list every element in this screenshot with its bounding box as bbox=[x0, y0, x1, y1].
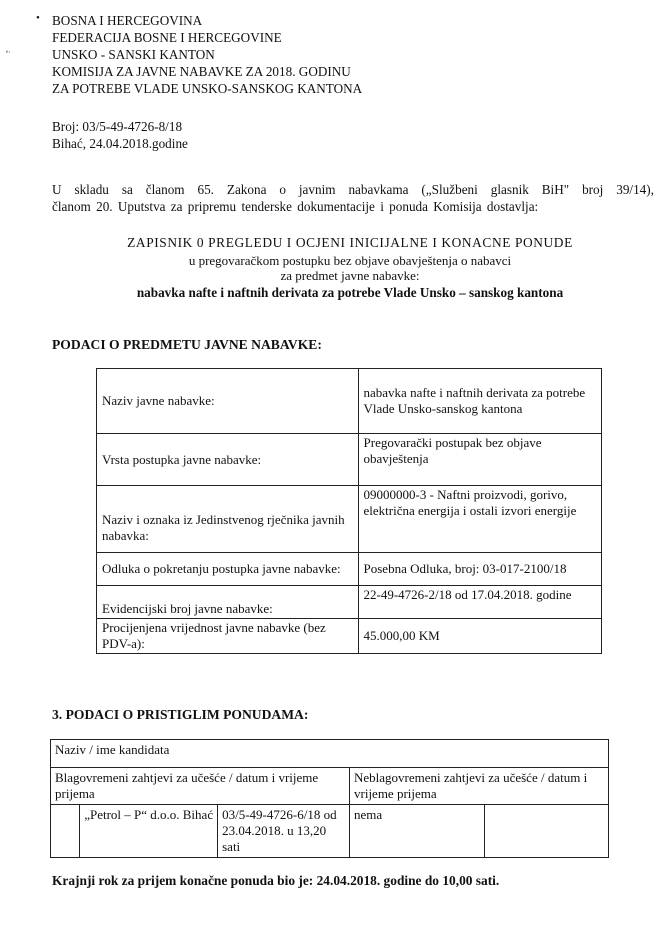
intro-word: broj bbox=[582, 181, 603, 198]
late-bids: nema bbox=[350, 805, 485, 858]
margin-mark: ᵉ· bbox=[6, 48, 11, 57]
section-heading: PODACI O PREDMETU JAVNE NABAVKE: bbox=[52, 337, 322, 353]
received-info: 03/5-49-4726-6/18 od 23.04.2018. u 13,20… bbox=[218, 805, 350, 858]
table-row: Procijenjena vrijednost javne nabavke (b… bbox=[97, 619, 602, 654]
letterhead-line: ZA POTREBE VLADE UNSKO-SANSKOG KANTONA bbox=[52, 80, 362, 97]
margin-mark: • bbox=[36, 12, 40, 24]
row-value: nabavka nafte i naftnih derivata za potr… bbox=[358, 369, 601, 434]
row-label: Vrsta postupka javne nabavke: bbox=[97, 434, 359, 486]
table-row: Blagovremeni zahtjevi za učešće / datum … bbox=[51, 768, 609, 805]
table-row: Naziv / ime kandidata bbox=[51, 740, 609, 768]
document-title: ZAPISNIK 0 PREGLEDU I OCJENI INICIJALNE … bbox=[40, 234, 660, 252]
table-row: Naziv i oznaka iz Jedinstvenog rječnika … bbox=[97, 486, 602, 553]
letterhead-line: BOSNA I HERCEGOVINA bbox=[52, 12, 362, 29]
intro-word: sa bbox=[122, 181, 133, 198]
intro-word: članom bbox=[146, 181, 185, 198]
table-row: Evidencijski broj javne nabavke: 22-49-4… bbox=[97, 586, 602, 619]
intro-word: 65. bbox=[197, 181, 213, 198]
table-row: „Petrol – P“ d.o.o. Bihać 03/5-49-4726-6… bbox=[51, 805, 609, 858]
late-column-header: Neblagovremeni zahtjevi za učešće / datu… bbox=[350, 768, 609, 805]
row-value: 09000000-3 - Naftni proizvodi, gorivo, e… bbox=[358, 486, 601, 553]
intro-word: Zakona bbox=[227, 181, 267, 198]
row-label: Naziv i oznaka iz Jedinstvenog rječnika … bbox=[97, 486, 359, 553]
letterhead-line: KOMISIJA ZA JAVNE NABAVKE ZA 2018. GODIN… bbox=[52, 63, 362, 80]
table-row: Odluka o pokretanju postupka javne nabav… bbox=[97, 553, 602, 586]
row-label: Odluka o pokretanju postupka javne nabav… bbox=[97, 553, 359, 586]
reference-number: Broj: 03/5-49-4726-8/18 bbox=[52, 118, 188, 135]
header-cell: Naziv / ime kandidata bbox=[51, 740, 609, 768]
letterhead-line: FEDERACIJA BOSNE I HERCEGOVINE bbox=[52, 29, 362, 46]
late-bids-extra bbox=[485, 805, 609, 858]
place-date: Bihać, 24.04.2018.godine bbox=[52, 135, 188, 152]
row-label: Naziv javne nabavke: bbox=[97, 369, 359, 434]
row-value: Posebna Odluka, broj: 03-017-2100/18 bbox=[358, 553, 601, 586]
intro-word: nabavkama bbox=[348, 181, 408, 198]
letterhead: BOSNA I HERCEGOVINA FEDERACIJA BOSNE I H… bbox=[52, 12, 362, 97]
intro-word: o bbox=[279, 181, 286, 198]
table-row: Naziv javne nabavke: nabavka nafte i naf… bbox=[97, 369, 602, 434]
row-value: 45.000,00 KM bbox=[358, 619, 601, 654]
row-value: 22-49-4726-2/18 od 17.04.2018. godine bbox=[358, 586, 601, 619]
row-label: Procijenjena vrijednost javne nabavke (b… bbox=[97, 619, 359, 654]
intro-line-2: članom 20. Uputstva za pripremu tendersk… bbox=[52, 198, 652, 215]
letterhead-line: UNSKO - SANSKI KANTON bbox=[52, 46, 362, 63]
intro-word: javnim bbox=[299, 181, 336, 198]
intro-word: glasnik bbox=[491, 181, 529, 198]
intro-word: skladu bbox=[74, 181, 108, 198]
document-meta: Broj: 03/5-49-4726-8/18 Bihać, 24.04.201… bbox=[52, 118, 188, 152]
entry-number bbox=[51, 805, 80, 858]
intro-paragraph: Uskladusačlanom65.Zakonaojavnimnabavkama… bbox=[52, 181, 652, 215]
bidder-name: „Petrol – P“ d.o.o. Bihać bbox=[80, 805, 218, 858]
closing-statement: Krajnji rok za prijem konačne ponuda bio… bbox=[52, 873, 499, 889]
procurement-details-table: Naziv javne nabavke: nabavka nafte i naf… bbox=[96, 368, 602, 654]
received-offers-table: Naziv / ime kandidata Blagovremeni zahtj… bbox=[50, 739, 609, 858]
section-heading: 3. PODACI O PRISTIGLIM PONUDAMA: bbox=[52, 707, 308, 723]
row-value: Pregovarački postupak bez objave obavješ… bbox=[358, 434, 601, 486]
timely-column-header: Blagovremeni zahtjevi za učešće / datum … bbox=[51, 768, 350, 805]
intro-word: BiH" bbox=[542, 181, 569, 198]
intro-word: („Službeni bbox=[421, 181, 477, 198]
title-subline: za predmet javne nabavke: bbox=[40, 267, 660, 285]
row-label: Evidencijski broj javne nabavke: bbox=[97, 586, 359, 619]
intro-word: 39/14), bbox=[616, 181, 654, 198]
procurement-subject: nabavka nafte i naftnih derivata za potr… bbox=[40, 284, 660, 302]
intro-word: U bbox=[52, 181, 62, 198]
table-row: Vrsta postupka javne nabavke: Pregovarač… bbox=[97, 434, 602, 486]
intro-line-1: Uskladusačlanom65.Zakonaojavnimnabavkama… bbox=[52, 181, 654, 198]
